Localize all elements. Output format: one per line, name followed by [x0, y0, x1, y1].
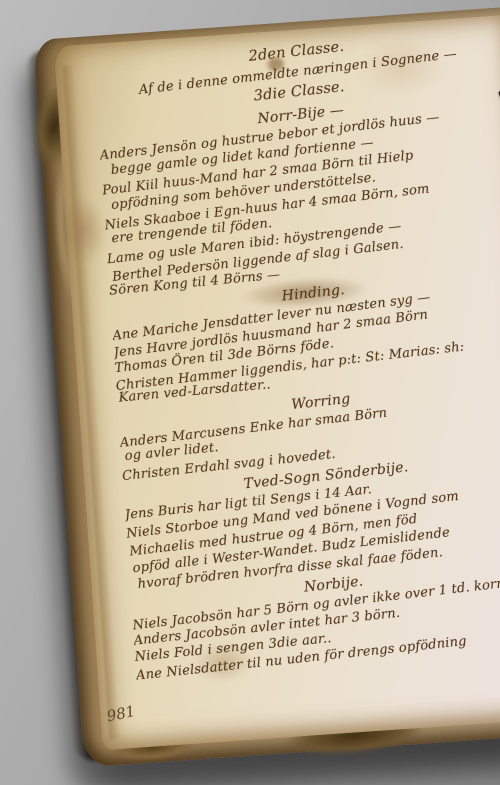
- manuscript-page: 2den Classe.Af de i denne ommeldte nærin…: [54, 15, 500, 750]
- photo-background: 2den Classe.Af de i denne ommeldte nærin…: [0, 0, 500, 785]
- book: 2den Classe.Af de i denne ommeldte nærin…: [54, 15, 500, 750]
- manuscript-lines: 2den Classe.Af de i denne ommeldte nærin…: [93, 28, 500, 678]
